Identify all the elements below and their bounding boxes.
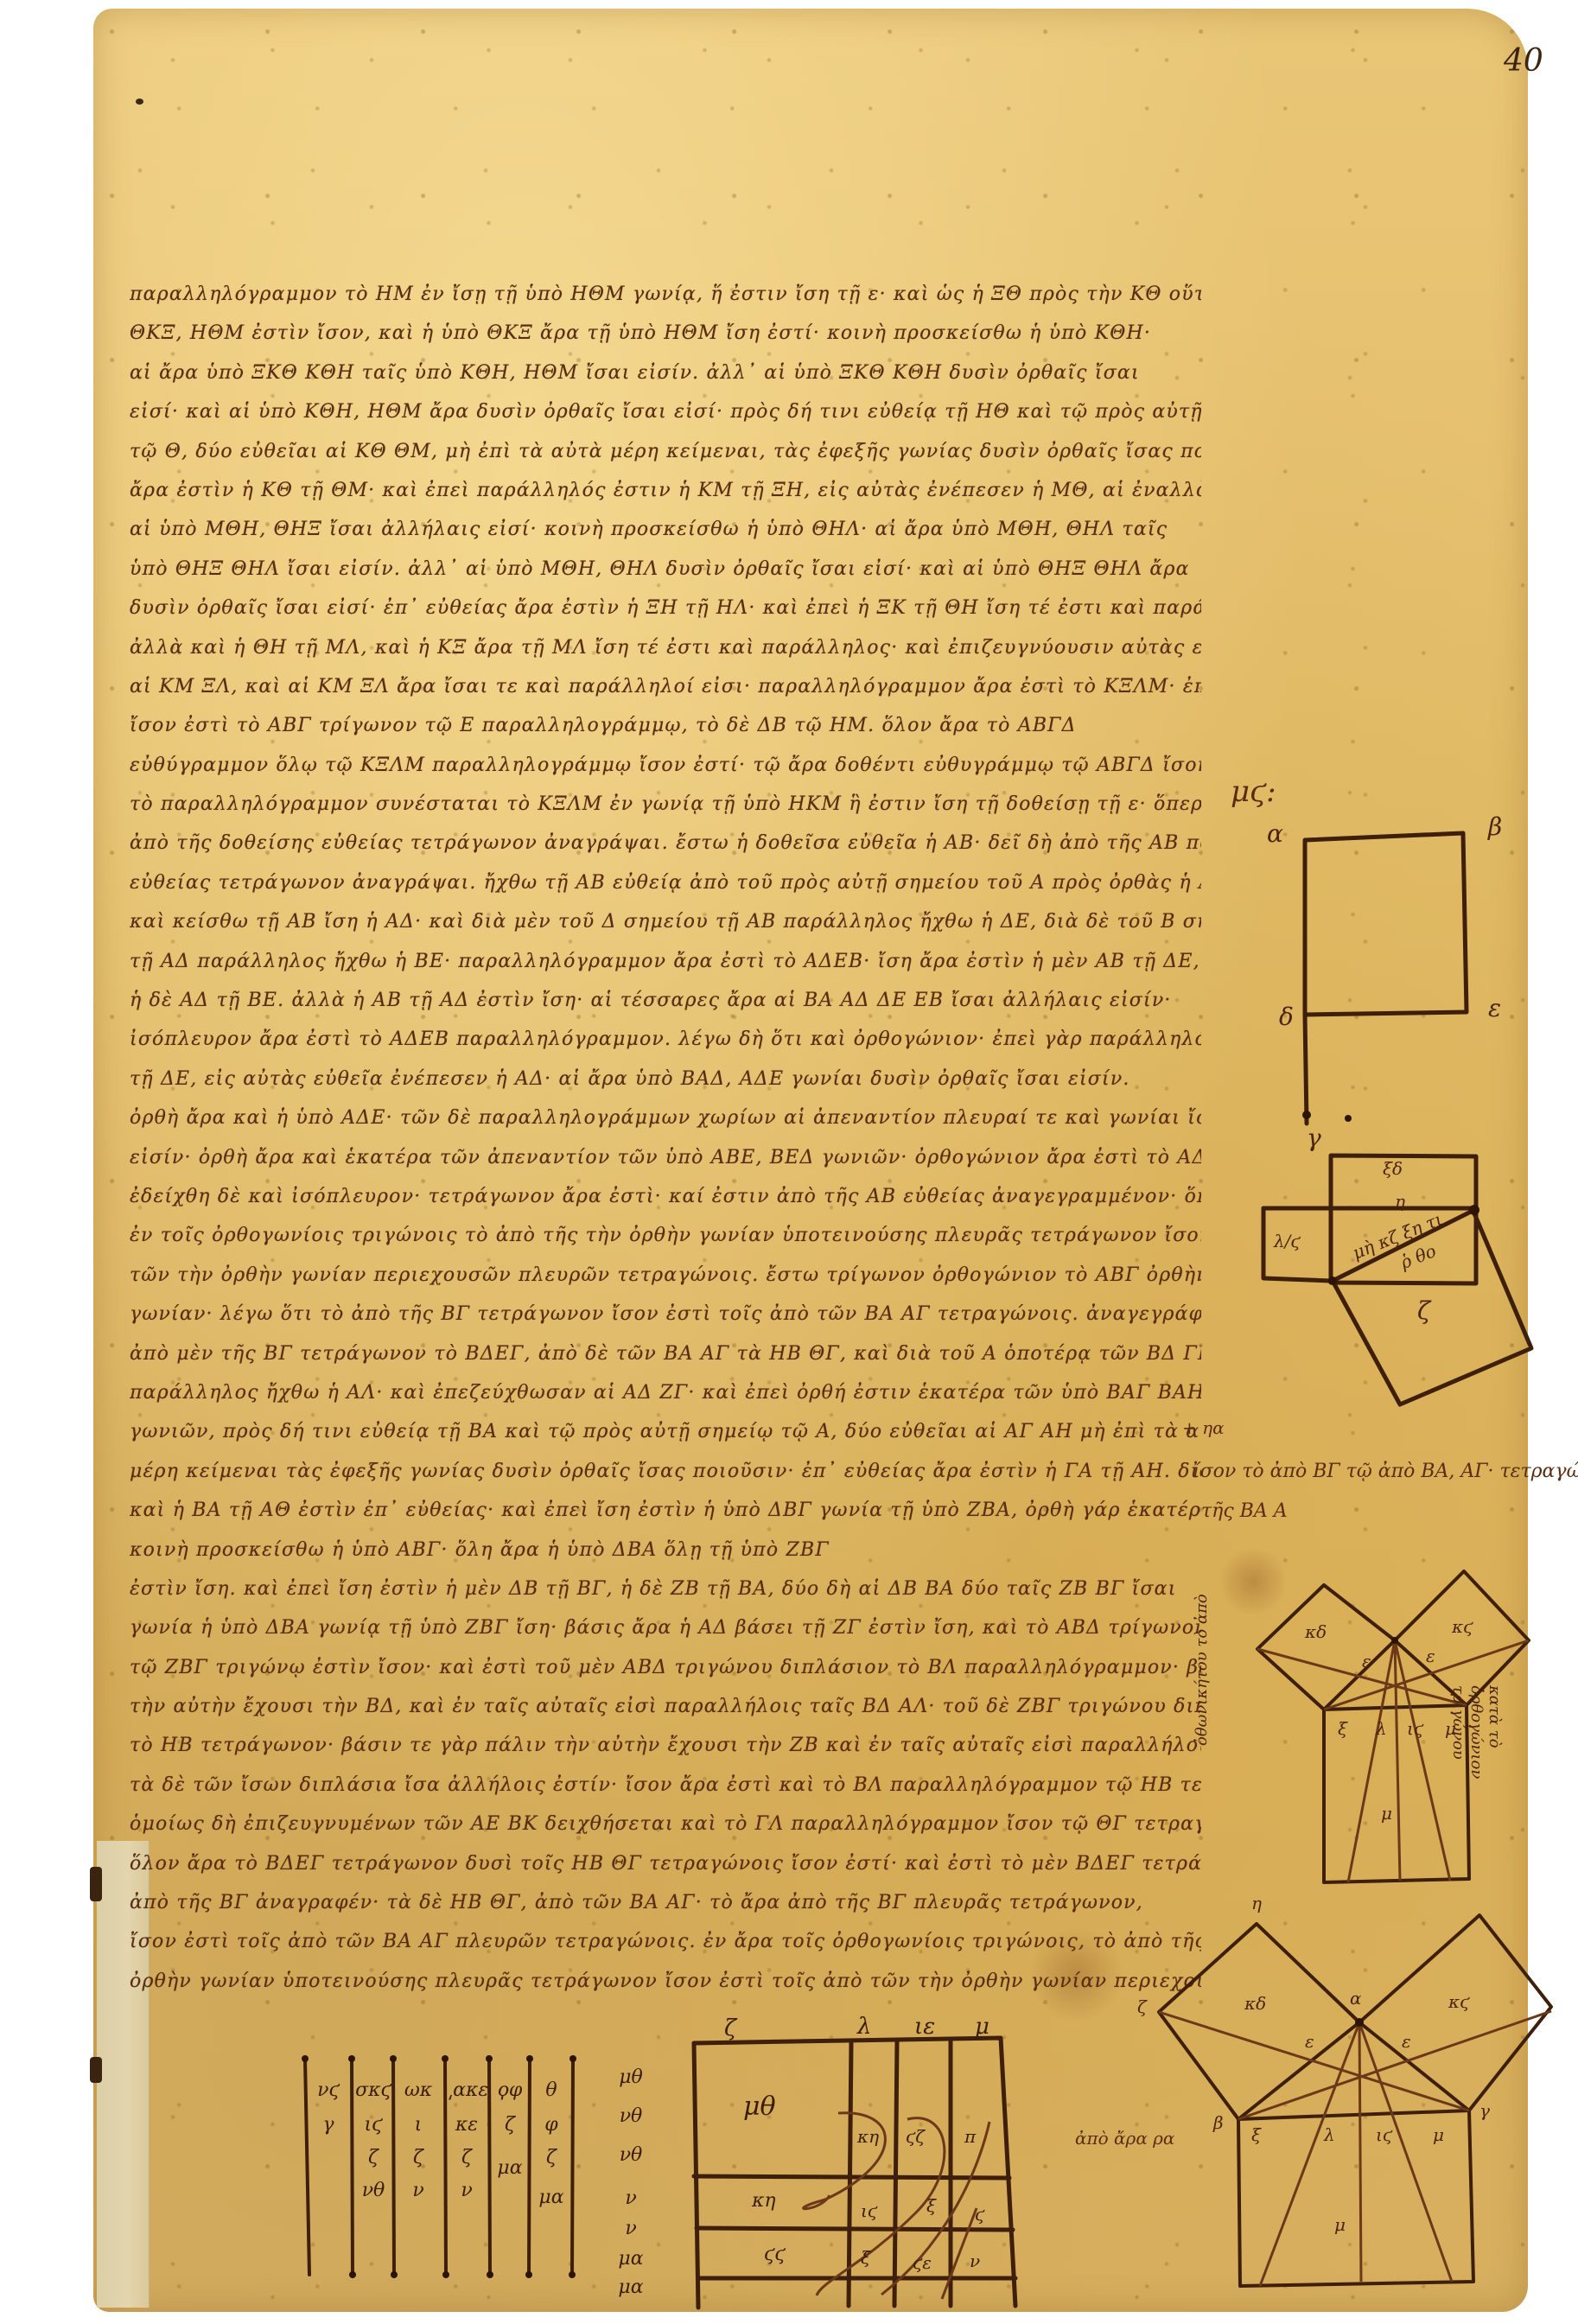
- grid-cell: κη: [857, 2126, 879, 2147]
- grid-cell: ϛε: [913, 2252, 932, 2273]
- grid-top-label: λ: [857, 2014, 871, 2040]
- grid-cell: ϛϛ: [764, 2244, 786, 2265]
- grid-cell: ιϛ: [861, 2200, 877, 2221]
- grid-cell: ξ: [861, 2247, 870, 2268]
- grid-cell: ν: [970, 2251, 980, 2271]
- grid-top-label: ιε: [914, 2014, 935, 2040]
- grid-top-label: ζ: [724, 2015, 736, 2041]
- grid-top-label: μ: [975, 2014, 989, 2040]
- grid-cell: ϛ: [975, 2204, 984, 2225]
- grid-cell: ϛζ: [906, 2126, 925, 2147]
- grid-cell: π: [964, 2126, 976, 2147]
- grid-cell: μθ: [743, 2092, 776, 2122]
- grid-cell: κη: [752, 2190, 776, 2212]
- grid-computation-diagram: [0, 0, 1578, 2324]
- grid-cell: ξ: [926, 2195, 936, 2216]
